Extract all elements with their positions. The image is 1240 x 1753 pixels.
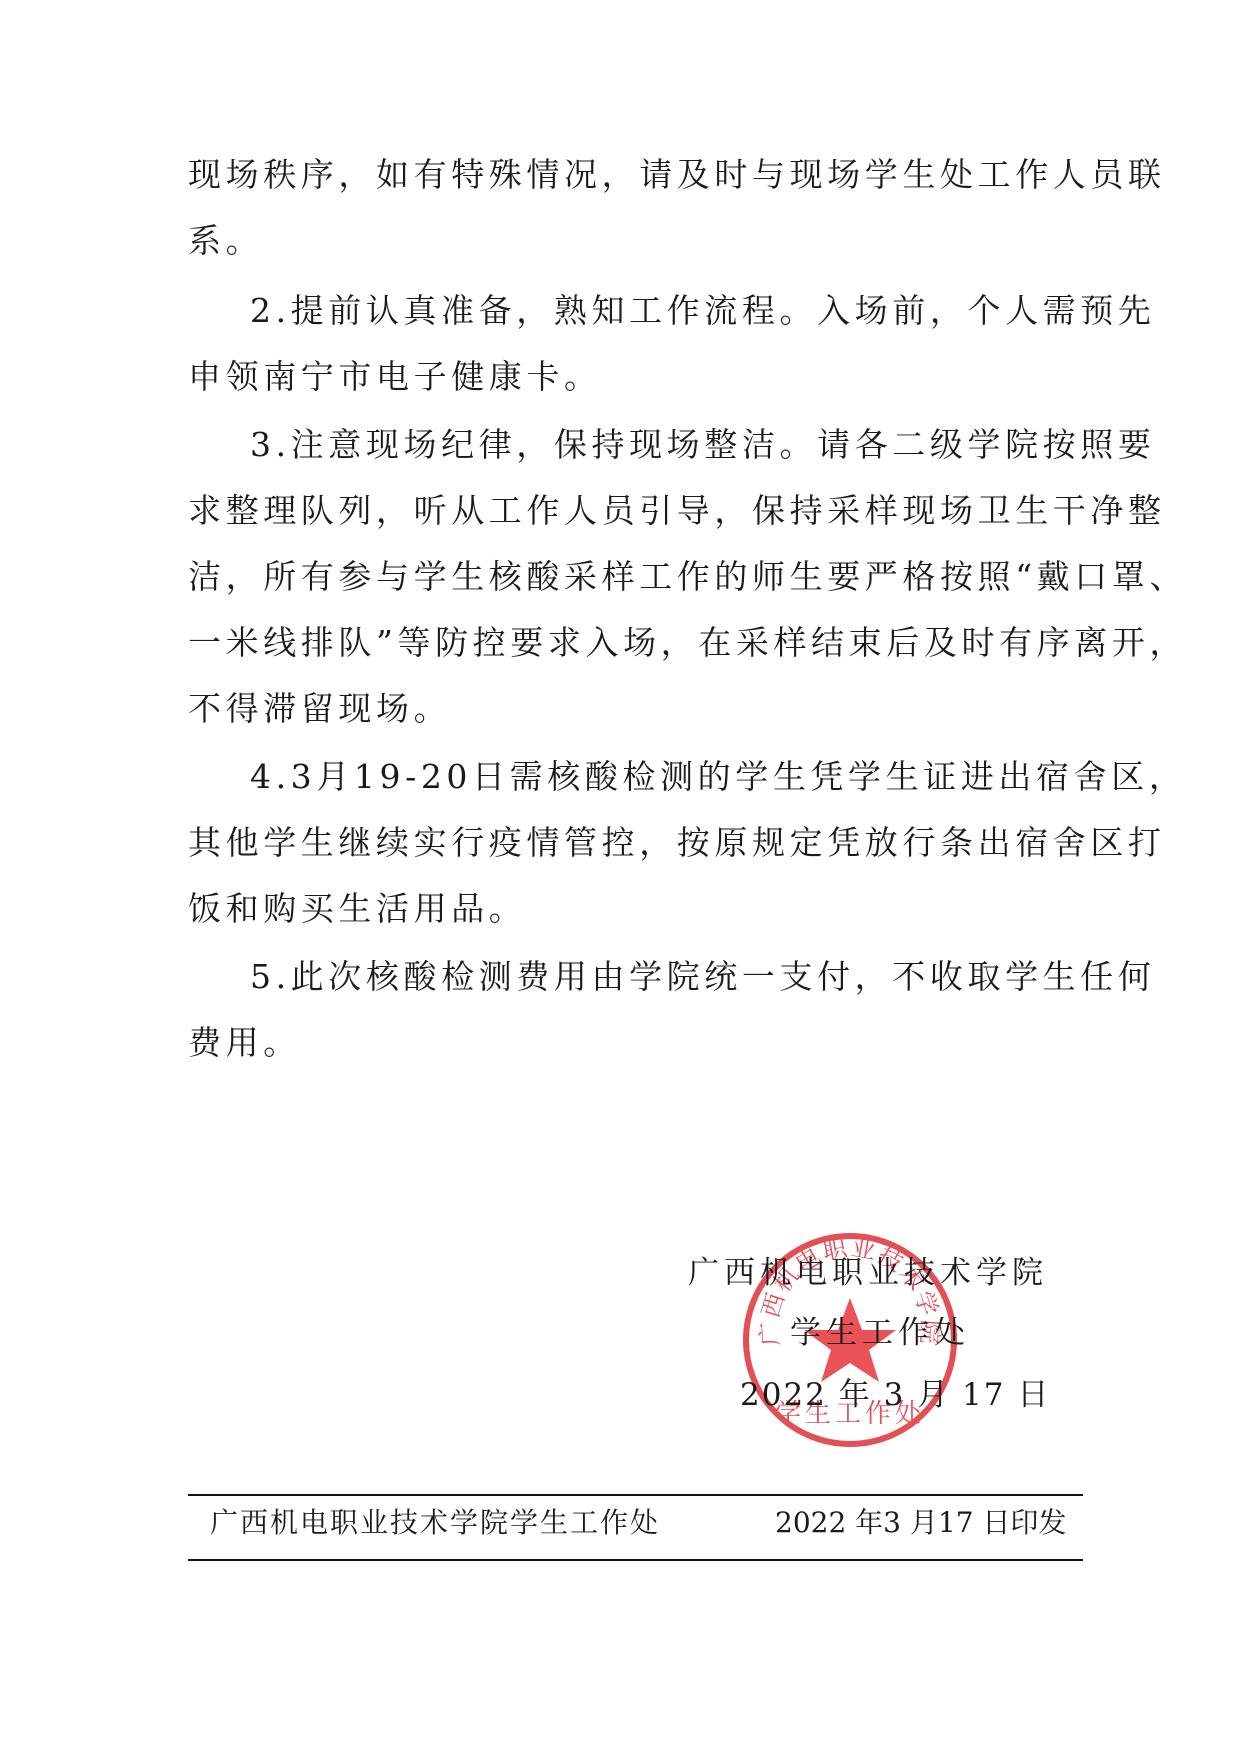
- body-line: 5.此次核酸检测费用由学院统一支付，不收取学生任何: [250, 957, 1110, 997]
- body-line: 3.注意现场纪律，保持现场整洁。请各二级学院按照要: [250, 425, 1110, 465]
- document-page: 现场秩序，如有特殊情况，请及时与现场学生处工作人员联 系。 2.提前认真准备，熟…: [0, 0, 1240, 1753]
- body-line: 求整理队列，听从工作人员引导，保持采样现场卫生干净整: [188, 491, 1048, 531]
- body-line: 一米线排队”等防控要求入场，在采样结束后及时有序离开，: [188, 623, 1048, 663]
- signature-department: 学生工作处: [790, 1313, 970, 1353]
- signature-date: 2022 年 3 月 17 日: [740, 1375, 1050, 1415]
- signature-organization: 广西机电职业技术学院: [688, 1253, 1048, 1293]
- body-line: 系。: [188, 221, 1048, 261]
- footer-issue-date: 2022 年3 月17 日印发: [775, 1505, 1066, 1541]
- body-line: 饭和购买生活用品。: [188, 889, 1048, 929]
- footer-bottom-rule: [188, 1559, 1083, 1561]
- body-line: 2.提前认真准备，熟知工作流程。入场前，个人需预先: [250, 291, 1110, 331]
- body-line: 4.3月19-20日需核酸检测的学生凭学生证进出宿舍区，: [250, 757, 1110, 797]
- body-line: 现场秩序，如有特殊情况，请及时与现场学生处工作人员联: [188, 155, 1048, 195]
- body-line: 不得滞留现场。: [188, 689, 1048, 729]
- body-line: 洁，所有参与学生核酸采样工作的师生要严格按照“戴口罩、: [188, 557, 1048, 597]
- footer-top-rule: [188, 1494, 1083, 1496]
- body-line: 申领南宁市电子健康卡。: [188, 357, 1048, 397]
- footer-issuer: 广西机电职业技术学院学生工作处: [210, 1505, 660, 1541]
- body-line: 费用。: [188, 1023, 1048, 1063]
- body-line: 其他学生继续实行疫情管控，按原规定凭放行条出宿舍区打: [188, 823, 1048, 863]
